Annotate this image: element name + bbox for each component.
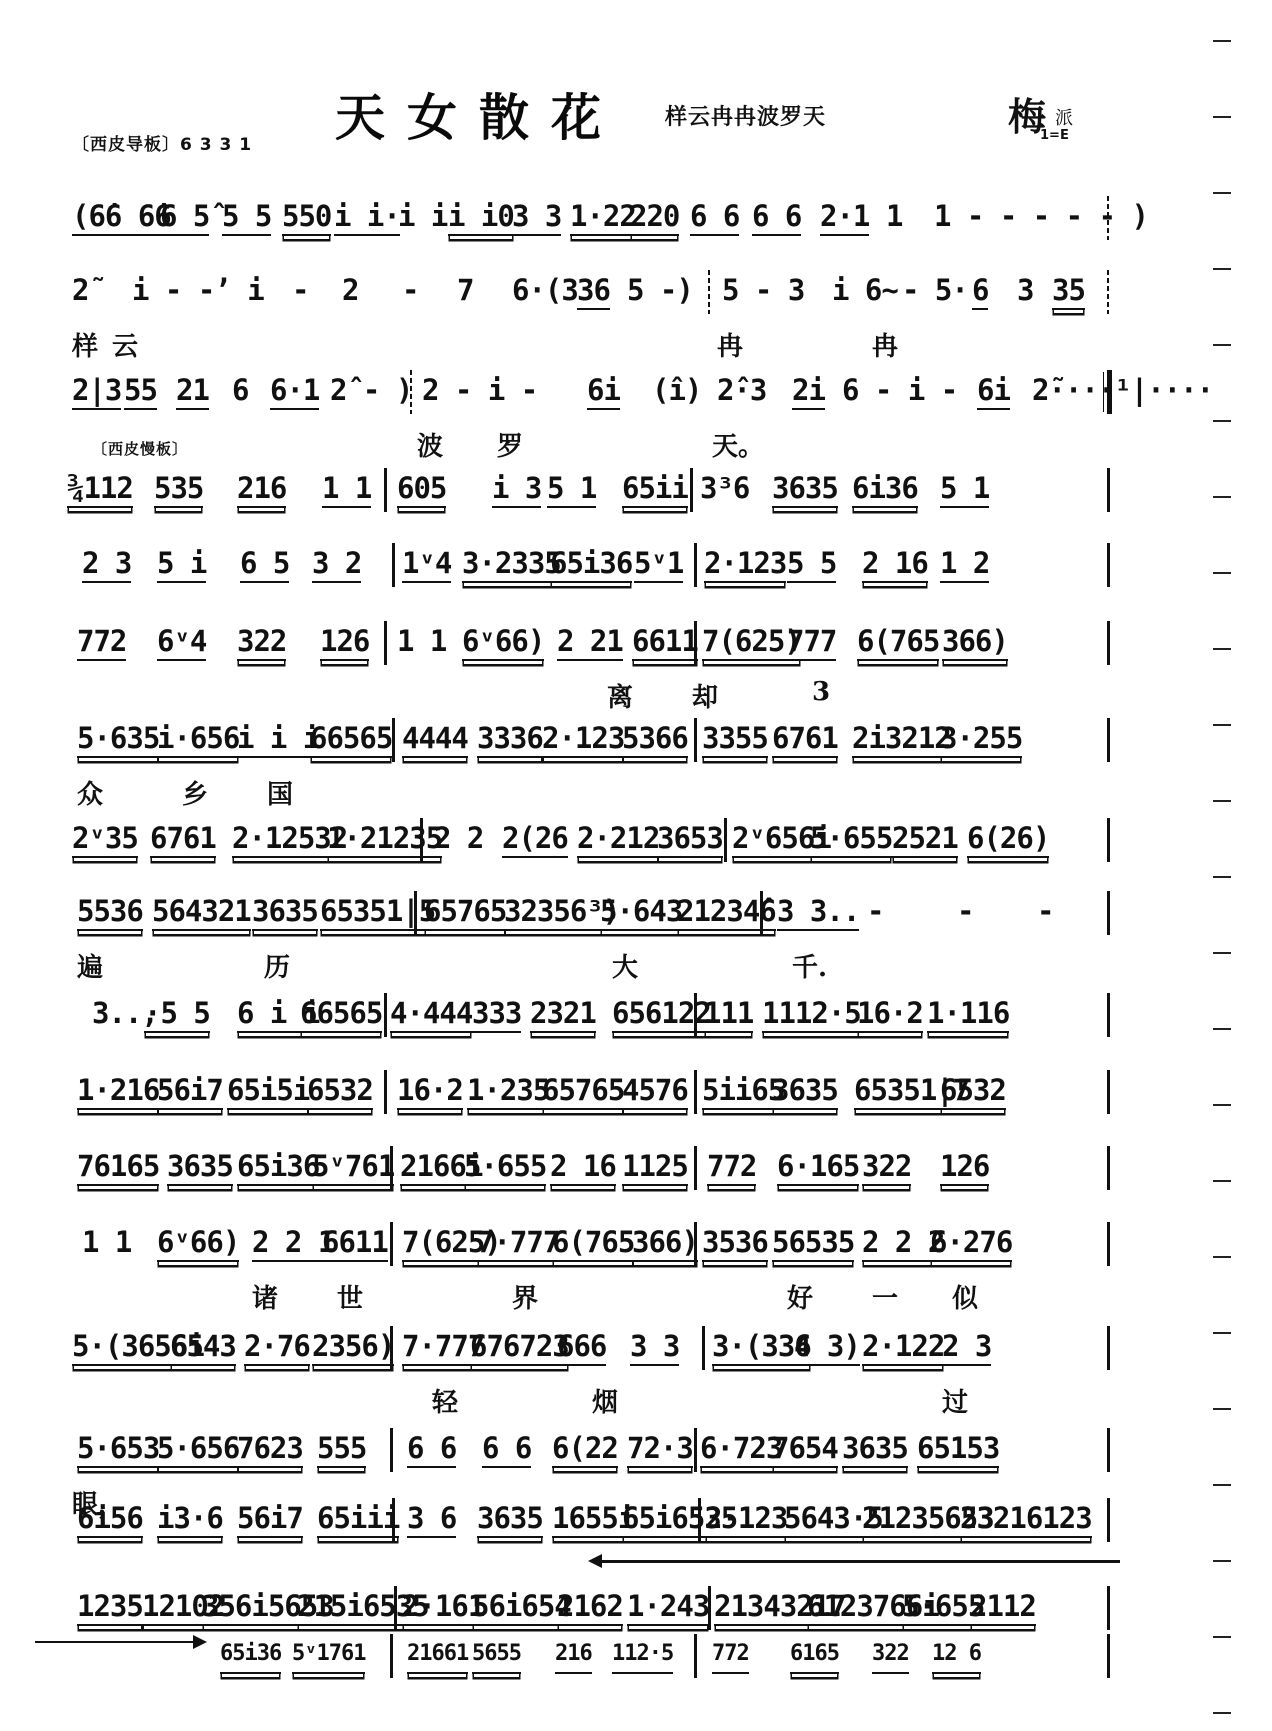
note-group: 1	[886, 198, 902, 234]
note-group: 4444	[402, 720, 468, 758]
note-group: 16·2	[397, 1072, 463, 1110]
note-group: 2·123	[542, 720, 624, 758]
lyric: 诸	[252, 1278, 278, 1315]
note-group: 3635	[252, 893, 318, 931]
note-group: 5 1	[940, 470, 989, 508]
note-group: 65i5i	[227, 1072, 309, 1110]
bar-line	[1107, 818, 1110, 862]
repeat-arrow-back-line	[600, 1560, 1120, 1563]
note-group: 126	[320, 623, 369, 661]
margin-tick	[1213, 800, 1231, 802]
note-group: 322	[237, 623, 286, 661]
note-group: - 5·	[902, 272, 968, 308]
bar-line	[1107, 1146, 1110, 1190]
note-group: 676723	[470, 1328, 569, 1366]
lyric: 历	[264, 947, 290, 984]
note-group: 5·655	[464, 1148, 546, 1186]
lyric: 界	[512, 1278, 538, 1315]
note-group: 56i654	[472, 1588, 571, 1626]
notation-row: 3..,·5 56 i i665654·44433323216561221111…	[72, 995, 1112, 1055]
margin-tick	[1213, 572, 1231, 574]
note-group: 7·777	[477, 1224, 559, 1262]
bar-line	[698, 1498, 701, 1542]
note-group: 216	[555, 1636, 592, 1674]
note-group: 7(625)	[702, 623, 801, 661]
note-group: 7654	[772, 1430, 838, 1468]
note-group: 2162	[557, 1588, 623, 1626]
note-group: 3 2	[312, 545, 361, 583]
lyric: 3	[812, 677, 830, 707]
note-group: 2(26	[502, 820, 568, 858]
note-group: 1·116	[927, 995, 1009, 1033]
note-group: 5 -)	[627, 272, 693, 308]
margin-tick	[1213, 1484, 1231, 1486]
bar-line	[702, 1326, 705, 1370]
notation-row: 5·6535·65676235556 66 66(2272·36·7237654…	[72, 1430, 1112, 1490]
note-group: 366)	[632, 1224, 698, 1262]
note-group: 65153	[917, 1430, 999, 1468]
note-group: 3635	[772, 1072, 838, 1110]
note-group: 5·656	[157, 1430, 239, 1468]
note-group: 1112·5	[762, 995, 861, 1033]
bar-line	[390, 1428, 393, 1472]
bar-line	[1107, 891, 1110, 935]
bar-line	[694, 1428, 697, 1472]
bar-line	[694, 993, 697, 1037]
bar-line	[694, 1070, 697, 1114]
margin-tick	[1213, 1560, 1231, 1562]
note-group: 6(765	[857, 623, 939, 661]
bar-line	[1107, 196, 1109, 240]
notation-row: 1 16ᵛ66)2 2 166117(625)7·7776(765366)353…	[72, 1224, 1112, 1284]
note-group: 3³6	[700, 470, 749, 506]
notation-row: 5·(3656i65432·762356)7·7776767236663 33·…	[72, 1328, 1112, 1388]
bar-line	[390, 1146, 393, 1190]
lyric: 遍	[77, 947, 103, 984]
margin-tick	[1213, 648, 1231, 650]
note-group: 6i	[977, 372, 1010, 410]
margin-tick	[1213, 1712, 1231, 1714]
note-group: 35	[1052, 272, 1085, 310]
note-group: 2·212	[577, 820, 659, 858]
note-group: 5ᵛ761	[312, 1148, 394, 1186]
note-group: 6543	[170, 1328, 236, 1366]
note-group: i 6~	[832, 272, 898, 308]
note-group: 2i3212	[852, 720, 951, 758]
bar-line	[390, 1326, 393, 1370]
note-group: 2 21	[557, 623, 623, 661]
note-group: 6611	[322, 1224, 388, 1262]
bar-line	[1107, 370, 1112, 414]
note-group: 2̂ - )	[330, 372, 412, 408]
note-group: 1·235	[467, 1072, 549, 1110]
note-group: 666	[557, 1328, 606, 1366]
note-group: -	[1037, 893, 1053, 929]
arrow-left-icon	[588, 1554, 602, 1568]
note-group: 2321	[530, 995, 596, 1033]
lyric: 样	[72, 326, 98, 363]
margin-tick	[1213, 268, 1231, 270]
note-group: 6·165	[777, 1148, 859, 1186]
note-group: 3 6	[407, 1500, 456, 1538]
note-group: 6·(3	[512, 272, 578, 308]
note-group: 2·123	[705, 1500, 787, 1538]
note-group: 366)	[942, 623, 1008, 661]
bar-line	[694, 718, 697, 762]
note-group: 2 - i -	[422, 372, 554, 408]
note-group: 5·655	[810, 820, 892, 858]
note-group: 65i36	[237, 1148, 319, 1186]
note-group: 1 1	[82, 1224, 131, 1260]
note-group: 2̂·3	[717, 372, 766, 408]
bar-line	[694, 1222, 697, 1266]
bar-line	[392, 1498, 395, 1542]
note-group: 36	[577, 272, 610, 310]
bar-line	[392, 543, 395, 587]
note-group: -	[957, 893, 973, 929]
note-group: 1 2	[940, 545, 989, 583]
note-group: 5 1	[547, 470, 596, 508]
note-group: 65351|5	[320, 893, 435, 931]
note-group: 2356)	[312, 1328, 394, 1366]
note-group: 3·255	[940, 720, 1022, 758]
note-group: 2 3	[942, 1328, 991, 1366]
note-group: 4 3)	[794, 1328, 860, 1366]
note-group: 6 6	[482, 1430, 531, 1468]
lyric: 过	[942, 1382, 968, 1419]
bar-line	[384, 1070, 387, 1114]
note-group: 3	[1017, 272, 1033, 308]
note-group: 1 1	[322, 470, 371, 508]
note-group: 6532	[307, 1072, 373, 1110]
notation-row: 76165363565i365ᵛ7612166i5·6552 161125772…	[72, 1148, 1112, 1208]
notation-row: 6i56i3·656i765iii3 636351655i65i65352·12…	[72, 1500, 1112, 1560]
note-group: 6(22	[552, 1430, 618, 1468]
lyric: 千.	[792, 947, 827, 984]
note-group: 1ᵛ4	[402, 545, 451, 583]
note-group: 5·643	[600, 893, 682, 931]
notation-row: 2|3552166·12̂ - )2 - i - 6i(î)2̂·32i6 - …	[72, 372, 1112, 432]
note-group: 126	[940, 1148, 989, 1186]
note-group: 1235	[77, 1588, 143, 1626]
margin-tick	[1213, 496, 1231, 498]
note-group: 5536	[77, 893, 143, 931]
note-group: i i·	[334, 198, 400, 236]
lyric: 天。	[712, 426, 764, 463]
note-group: 550	[282, 198, 331, 236]
bar-line	[1107, 270, 1109, 314]
note-group: 6(26)	[967, 820, 1049, 858]
note-group: 3536	[702, 1224, 768, 1262]
bar-line	[384, 621, 387, 665]
lyric: 罗	[497, 426, 523, 463]
intro-tempo-mark: 〔西皮导板〕6 3 3 1	[72, 130, 252, 155]
note-group: 56535	[772, 1224, 854, 1262]
note-group: 16·2	[857, 995, 923, 1033]
lyric: 冉	[872, 326, 898, 363]
note-group: 56i7	[157, 1072, 223, 1110]
lyric: 一	[872, 1278, 898, 1315]
school-suffix: 派	[1055, 104, 1073, 130]
note-group: 1·216	[77, 1072, 159, 1110]
note-group: 6 5̂	[160, 198, 209, 236]
note-group: (î)	[652, 372, 701, 408]
note-group: 5·635	[77, 720, 159, 758]
note-group: 5 5	[787, 545, 836, 583]
note-group: 605	[397, 470, 446, 508]
note-group: 3336	[477, 720, 543, 758]
bar-line	[1107, 543, 1110, 587]
bar-line	[414, 891, 417, 935]
note-group: 65i36	[220, 1636, 281, 1674]
note-group: 21	[176, 372, 209, 410]
margin-tick	[1213, 1028, 1231, 1030]
note-group: 65iii	[317, 1500, 399, 1538]
note-group: 6 6	[690, 198, 739, 236]
note-group: 6(765	[552, 1224, 634, 1262]
note-group: 2521	[892, 820, 958, 858]
notation-row: ¾1125352161 1605i 35 165ii3³636356i365 1	[72, 470, 1112, 530]
bar-line	[1107, 468, 1110, 512]
bar-line	[708, 270, 710, 314]
arrow-right-icon	[193, 1635, 207, 1649]
notation-row: 65i365ᵛ1761216615655216112·5772616532212…	[72, 1636, 1112, 1696]
note-group: 2|3	[72, 372, 121, 410]
bar-line	[1107, 1498, 1110, 1542]
note-group: 6	[232, 372, 248, 408]
note-group: 12 6	[932, 1636, 981, 1674]
note-group: i - -’ i	[132, 272, 264, 308]
note-group: i·656	[157, 720, 239, 758]
note-group: 72·3	[627, 1430, 693, 1468]
note-group: 65i36	[550, 545, 632, 583]
note-group: 5 - 3	[722, 272, 804, 308]
note-group: 23216123	[960, 1500, 1092, 1538]
note-group: 6532	[940, 1072, 1006, 1110]
note-group: 2 3	[82, 545, 131, 583]
note-group: 772	[712, 1636, 749, 1674]
note-group: 1 1	[397, 623, 446, 659]
note-group: 5655	[472, 1636, 521, 1674]
note-group: 5ᵛ1	[634, 545, 683, 583]
note-group: 21661	[407, 1636, 468, 1674]
note-group: 1·243	[627, 1588, 709, 1626]
margin-tick	[1213, 1636, 1231, 1638]
margin-tick	[1213, 1180, 1231, 1182]
note-group: 2i	[792, 372, 825, 410]
note-group: 5 i	[157, 545, 206, 583]
note-group: 6ᵛ66)	[462, 623, 544, 661]
notation-row: 2ᵛ3567612·125321·212352 22(262·21236532ᵛ…	[72, 820, 1112, 880]
note-group: 6·723	[700, 1430, 782, 1468]
bar-line	[420, 818, 423, 862]
bar-line	[1107, 993, 1110, 1037]
bar-line	[694, 1634, 697, 1678]
bar-line	[384, 993, 387, 1037]
lyric: 好	[787, 1278, 813, 1315]
note-group: -	[867, 893, 883, 929]
note-group: 3·2335	[462, 545, 561, 583]
bar-line	[392, 718, 395, 762]
bar-line	[760, 891, 763, 935]
lyric: 烟	[592, 1382, 618, 1419]
note-group: 7623	[237, 1430, 303, 1468]
margin-tick	[1213, 1408, 1231, 1410]
bar-line	[1107, 621, 1110, 665]
note-group: 3 3	[630, 1328, 679, 1366]
note-group: 6i	[587, 372, 620, 410]
notation-row: 2̃i - -’ i-2-76·(3365 -)5 - 3i 6~- 5·633…	[72, 272, 1112, 332]
margin-tick	[1213, 724, 1231, 726]
note-group: ¾112	[67, 470, 133, 508]
margin-tick	[1213, 1332, 1231, 1334]
bar-line	[390, 1222, 393, 1266]
note-group: 3 3..	[777, 893, 859, 931]
margin-tick	[1213, 1256, 1231, 1258]
bar-line	[1107, 718, 1110, 762]
note-group: 322	[862, 1148, 911, 1186]
bar-line	[390, 1634, 393, 1678]
margin-tick	[1213, 344, 1231, 346]
note-group: 6·1	[270, 372, 319, 410]
note-group: 6i56	[77, 1500, 143, 1538]
score-subtitle: 样云冉冉波罗天	[665, 100, 826, 131]
note-group: 2·76	[244, 1328, 310, 1366]
note-group: 65765	[424, 893, 506, 931]
note-group: 3653	[657, 820, 723, 858]
lyric: 众	[77, 774, 103, 811]
note-group: 555	[317, 1430, 366, 1468]
bar-line	[690, 468, 693, 512]
note-group: 55	[124, 372, 157, 410]
note-group: 322	[872, 1636, 909, 1674]
note-group: 65ii	[622, 470, 688, 508]
note-group: 2·122	[862, 1328, 944, 1366]
note-group: 6ᵛ4	[157, 623, 206, 661]
notation-row: 7726ᵛ43221261 16ᵛ66)2 2166117(625)7776(7…	[72, 623, 1112, 683]
bar-line	[694, 1146, 697, 1190]
lyric: 轻	[432, 1382, 458, 1419]
notation-row: 5·635i·656i i i66565444433362·1235366335…	[72, 720, 1112, 780]
bar-line	[724, 818, 727, 862]
margin-tick	[1213, 192, 1231, 194]
note-group: -	[402, 272, 418, 308]
note-group: 3635	[167, 1148, 233, 1186]
repeat-arrow-forward-line	[35, 1641, 195, 1643]
note-group: 2 2	[434, 820, 483, 856]
note-group: 6761	[772, 720, 838, 758]
note-group: 220	[630, 198, 679, 236]
section-tempo-mark: 〔西皮慢板〕	[92, 438, 188, 459]
note-group: 216	[237, 470, 286, 508]
note-group: 6761	[150, 820, 216, 858]
bar-line	[708, 1586, 711, 1630]
note-group: 6611	[632, 623, 698, 661]
note-group: 2 16	[550, 1148, 616, 1186]
lyric: 似	[952, 1278, 978, 1315]
note-group: 3355	[702, 720, 768, 758]
note-group: 6i36	[852, 470, 918, 508]
lyric: 冉	[717, 326, 743, 363]
note-group: 772	[707, 1148, 756, 1186]
note-group: 2ᵛ35	[72, 820, 138, 858]
note-group: 6165	[790, 1636, 839, 1674]
note-group: i3·6	[157, 1500, 223, 1538]
note-group: 3635	[477, 1500, 543, 1538]
note-group: 772	[77, 623, 126, 661]
margin-tick	[1213, 952, 1231, 954]
notation-row: 5536564321363565351|56576532356³)5·64321…	[72, 893, 1112, 953]
bar-line	[410, 370, 412, 414]
note-group: 2·1	[820, 198, 869, 236]
notation-row: 1·21656i765i5i653216·21·2356576545765ii6…	[72, 1072, 1112, 1132]
note-group: 2112	[970, 1588, 1036, 1626]
note-group: 2̃····¹|····	[1032, 372, 1213, 408]
note-group: 111	[704, 995, 753, 1033]
note-group: 65765	[542, 1072, 624, 1110]
bar-line	[694, 543, 697, 587]
note-group: 6	[972, 272, 988, 310]
lyric: 世	[337, 1278, 363, 1315]
note-group: 5366	[622, 720, 688, 758]
note-group: 2	[342, 272, 358, 308]
bar-line	[384, 468, 387, 512]
lyric: 云	[112, 326, 138, 363]
key-signature: 1=E	[1040, 128, 1069, 143]
margin-tick	[1213, 876, 1231, 878]
note-group: 112·5	[612, 1636, 673, 1674]
lyric: 国	[267, 774, 293, 811]
note-group: 6 - i -	[842, 372, 957, 408]
note-group: 6·276	[930, 1224, 1012, 1262]
note-group: 1·21235	[327, 820, 442, 858]
note-group: 3 3	[512, 198, 561, 236]
lyric: 大	[612, 947, 638, 984]
note-group: i i i	[237, 720, 319, 758]
notation-row: (6̇6 6̇66 5̂5 5550i i·i ii i03 31·222206…	[72, 198, 1112, 258]
lyric: 离	[607, 677, 633, 714]
note-group: ·5 5	[144, 995, 210, 1033]
bar-line	[1107, 1222, 1110, 1266]
note-group: 66565	[310, 720, 392, 758]
note-group: 535	[154, 470, 203, 508]
note-group: 5ᵛ1761	[292, 1636, 365, 1674]
note-group: 6ᵛ66)	[157, 1224, 239, 1262]
bar-line	[1107, 1586, 1110, 1630]
notation-row: 2 35 i6 53 21ᵛ43·233565i365ᵛ12·1235 52 1…	[72, 545, 1112, 605]
note-group: 777	[787, 623, 836, 661]
note-group: 1 - - - - - )	[934, 198, 1148, 234]
bar-line	[694, 621, 697, 665]
note-group: 564321	[152, 893, 251, 931]
bar-line	[394, 1586, 397, 1630]
note-group: 333	[472, 995, 521, 1033]
score-page: 〔西皮导板〕6 3 3 1 天女散花 样云冉冉波罗天 梅 派 1=E 〔西皮慢板…	[0, 0, 1272, 1731]
note-group: 66565	[300, 995, 382, 1033]
note-group: 2̃	[72, 272, 88, 308]
margin-tick	[1213, 420, 1231, 422]
note-group: 5 5	[222, 198, 271, 236]
bar-line	[1107, 1070, 1110, 1114]
note-group: i i0	[448, 198, 514, 236]
note-group: 76165	[77, 1148, 159, 1186]
note-group: 4·444	[390, 995, 472, 1033]
note-group: 6 6	[407, 1430, 456, 1468]
note-group: 7	[457, 272, 473, 308]
note-group: i i	[398, 198, 447, 234]
note-group: 1125	[622, 1148, 688, 1186]
note-group: 1·22	[570, 198, 636, 236]
